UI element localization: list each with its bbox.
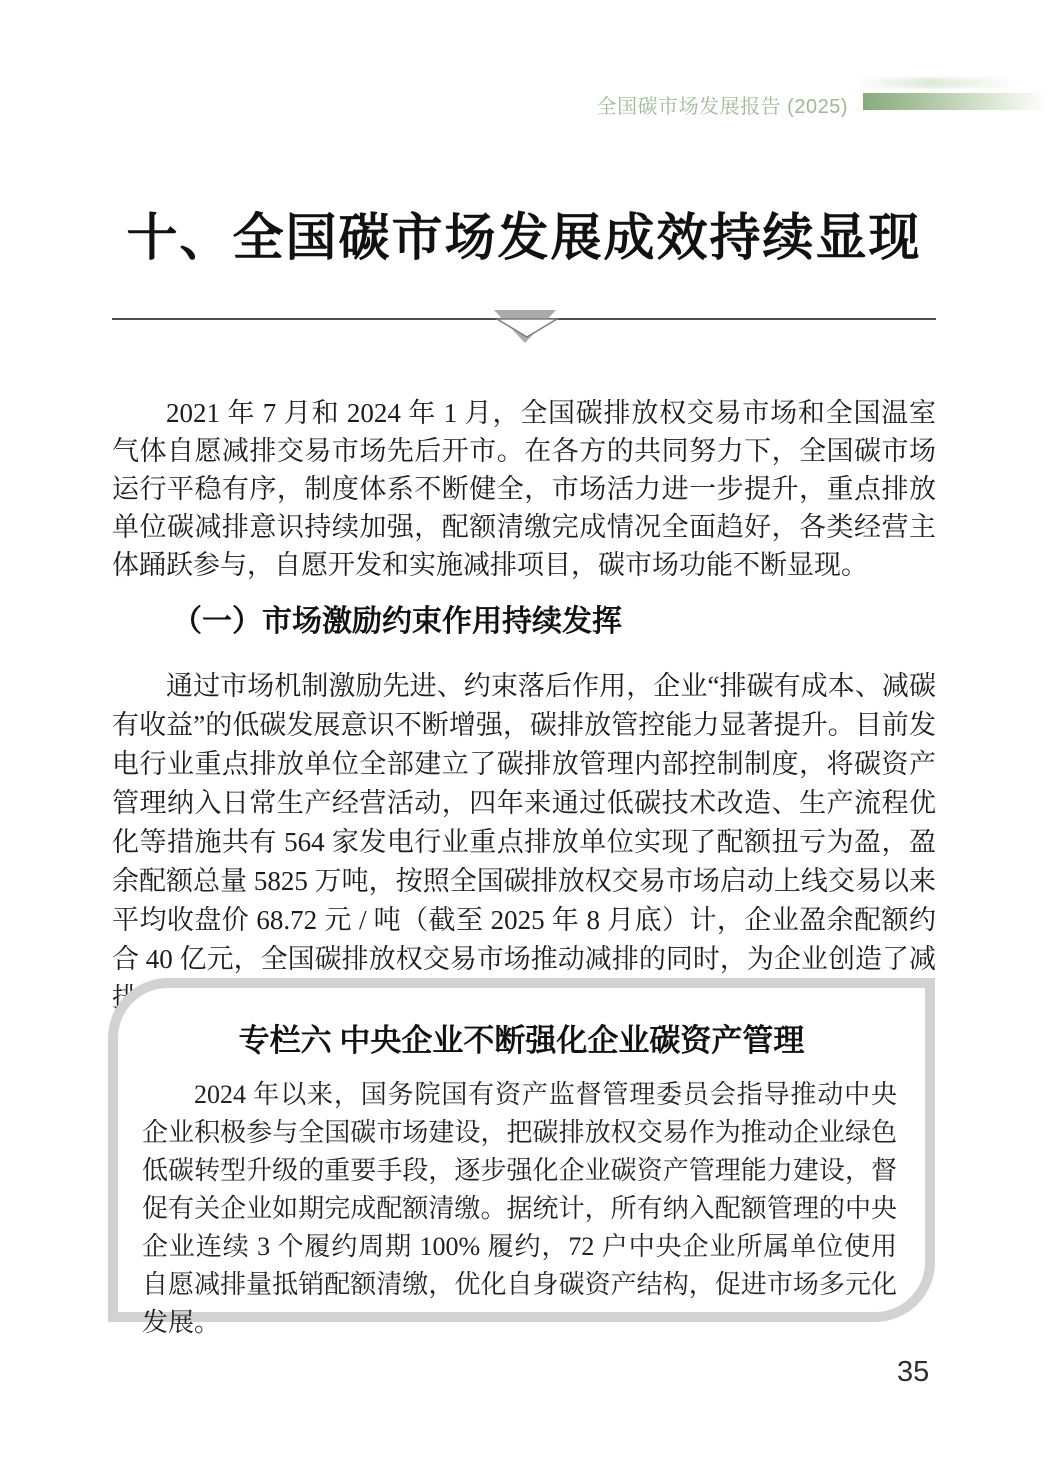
header-accent-bar xyxy=(863,93,1048,110)
divider-triangle-icon xyxy=(486,303,566,347)
header-report-title: 全国碳市场发展报告 (2025) xyxy=(597,90,848,119)
report-page: 全国碳市场发展报告 (2025) 十、全国碳市场发展成效持续显现 2021 年 … xyxy=(0,0,1048,1474)
section-paragraph: 通过市场机制激励先进、约束落后作用，企业“排碳有成本、减碳有收益”的低碳发展意识… xyxy=(112,667,936,1018)
section-heading: （一）市场激励约束作用持续发挥 xyxy=(112,602,936,642)
page-number: 35 xyxy=(897,1356,929,1389)
header-accent-bar-faint xyxy=(858,78,1018,88)
chapter-title: 十、全国碳市场发展成效持续显现 xyxy=(0,196,1048,270)
feature-box-title: 专栏六 中央企业不断强化企业碳资产管理 xyxy=(118,988,925,1060)
feature-box-body: 2024 年以来，国务院国有资产监督管理委员会指导推动中央企业积极参与全国碳市场… xyxy=(142,1076,897,1342)
feature-box: 专栏六 中央企业不断强化企业碳资产管理 2024 年以来，国务院国有资产监督管理… xyxy=(108,978,935,1322)
intro-paragraph: 2021 年 7 月和 2024 年 1 月，全国碳排放权交易市场和全国温室气体… xyxy=(112,394,936,584)
